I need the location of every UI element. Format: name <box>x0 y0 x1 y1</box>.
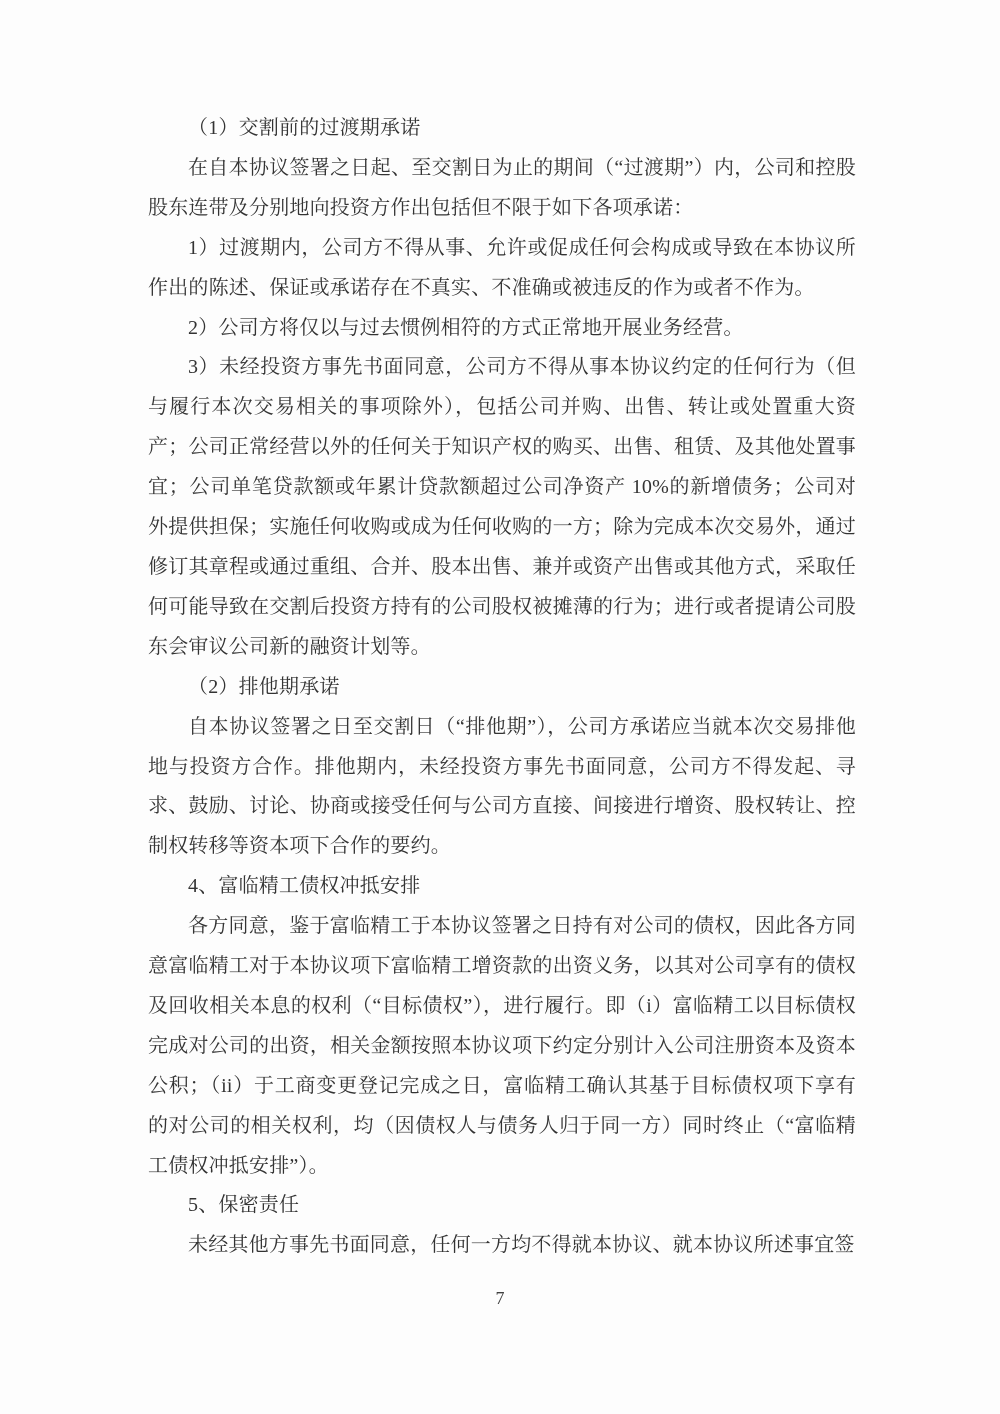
document-body: （1）交割前的过渡期承诺 在自本协议签署之日起、至交割日为止的期间（“过渡期”）… <box>148 109 856 1266</box>
page-number: 7 <box>0 1288 1000 1309</box>
para-transition-period-intro: 在自本协议签署之日起、至交割日为止的期间（“过渡期”）内，公司和控股股东连带及分… <box>148 149 856 229</box>
para-debt-offset-terms: 各方同意，鉴于富临精工于本协议签署之日持有对公司的债权，因此各方同意富临精工对于… <box>148 907 856 1186</box>
document-page: （1）交割前的过渡期承诺 在自本协议签署之日起、至交割日为止的期间（“过渡期”）… <box>0 0 1000 1414</box>
para-exclusivity-terms: 自本协议签署之日至交割日（“排他期”），公司方承诺应当就本次交易排他地与投资方合… <box>148 708 856 868</box>
para-transition-item-2: 2）公司方将仅以与过去惯例相符的方式正常地开展业务经营。 <box>148 309 856 349</box>
para-transition-item-3: 3）未经投资方事先书面同意，公司方不得从事本协议约定的任何行为（但与履行本次交易… <box>148 348 856 667</box>
heading-confidentiality: 5、保密责任 <box>148 1186 856 1226</box>
heading-exclusivity-commitment: （2）排他期承诺 <box>148 668 856 708</box>
para-confidentiality-terms: 未经其他方事先书面同意，任何一方均不得就本协议、就本协议所述事宜签 <box>148 1226 856 1266</box>
heading-transition-period-commitment: （1）交割前的过渡期承诺 <box>148 109 856 149</box>
para-transition-item-1: 1）过渡期内，公司方不得从事、允许或促成任何会构成或导致在本协议所作出的陈述、保… <box>148 229 856 309</box>
heading-debt-offset-arrangement: 4、富临精工债权冲抵安排 <box>148 867 856 907</box>
